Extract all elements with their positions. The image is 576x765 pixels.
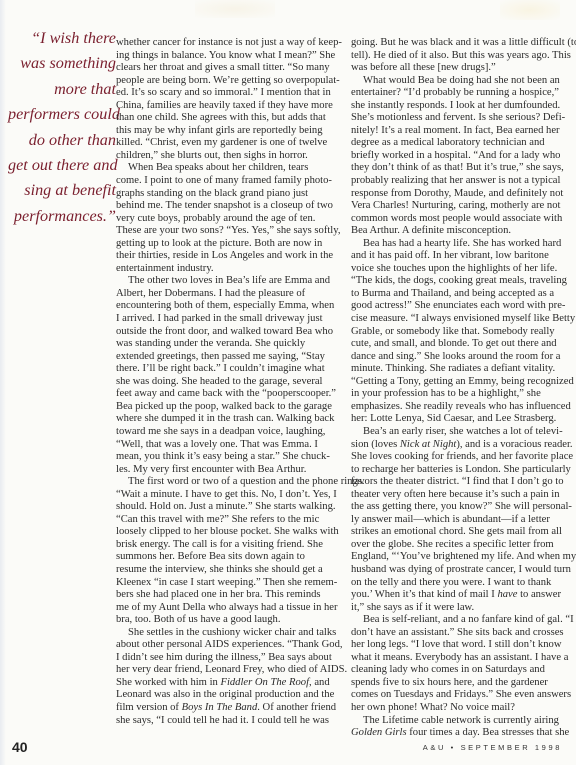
text-line: cleaning lady who comes in on Saturdays … (351, 664, 559, 677)
text-line: than one child. She agrees with this, bu… (116, 112, 306, 125)
text-line: in your profession has to be a highlight… (351, 388, 559, 401)
text-line: probably realizing that her answer is no… (351, 175, 559, 188)
text-line: voice she touches upon the highlights of… (351, 263, 559, 276)
pull-quote-line: get out there and (8, 153, 116, 178)
text-line: whether cancer for instance is not just … (116, 37, 306, 50)
text-line: These are your two sons? “Yes. Yes,” she… (116, 225, 306, 238)
article-column-2: going. But he was black and it was a lit… (351, 37, 559, 740)
text-line: Albert, her Dobermans. I had the pleasur… (116, 288, 306, 301)
pull-quote-line: performers could (8, 102, 116, 127)
pull-quote-line: performances.” (8, 204, 116, 229)
pull-quote-line: “I wish there (8, 26, 116, 51)
text-line: sion (loves Nick at Night), and is a vor… (351, 439, 559, 452)
text-line: favors the theater district. “I find tha… (351, 476, 559, 489)
text-line: Golden Girls four times a day. Bea stres… (351, 727, 559, 740)
text-line: Bea Arthur. A definite misconception. (351, 225, 559, 238)
text-line: “Getting a Tony, getting an Emmy, being … (351, 376, 559, 389)
pull-quote-line: was something (8, 51, 116, 76)
text-line: graphs standing on the black grand piano… (116, 188, 306, 201)
text-line: “The kids, the dogs, cooking great meals… (351, 275, 559, 288)
text-line: on the telly and there you were. I want … (351, 577, 559, 590)
text-line: feet away and came back with the “pooper… (116, 388, 306, 401)
text-line: ly answer mail—which is abundant—if a le… (351, 514, 559, 527)
text-line: husband was dying of prostrate cancer, I… (351, 564, 559, 577)
text-line: The Lifetime cable network is currently … (351, 715, 559, 728)
text-line: China, families are heavily taxed if the… (116, 100, 306, 113)
text-line: come. I point to one of many framed fami… (116, 175, 306, 188)
pull-quote-line: more that (8, 77, 116, 102)
text-line: Bea is self-reliant, and a no fanfare ki… (351, 614, 559, 627)
text-line: her own phone! What? No voice mail? (351, 702, 559, 715)
text-line: degree as a medical laboratory technicia… (351, 137, 559, 150)
text-line: England, “‘You’ve brightened my life. An… (351, 551, 559, 564)
text-line: she says, “I could tell he had it. I cou… (116, 715, 306, 728)
text-line: “Can this travel with me?” She refers to… (116, 514, 306, 527)
page-number: 40 (12, 739, 28, 755)
text-line: Leonard was also in the original product… (116, 689, 306, 702)
text-line: should. Hold on. Just a minute.” She sta… (116, 501, 306, 514)
text-line: killed. “Christ, even my gardener is one… (116, 137, 306, 150)
text-line: you.’ When it’s that kind of mail I have… (351, 589, 559, 602)
text-line: and it has paid off. In her vibrant, low… (351, 250, 559, 263)
text-line: entertainer? “I’d probably be running a … (351, 87, 559, 100)
text-line: entertainment industry. (116, 263, 306, 276)
text-line: response from Dorothy, Maude, and defini… (351, 188, 559, 201)
text-line: behind me. The tender snapshot is a clos… (116, 200, 306, 213)
text-line: common words most people would associate… (351, 213, 559, 226)
article-column-1: whether cancer for instance is not just … (116, 37, 306, 727)
text-line: Vera Charles! Nurturing, caring, motherl… (351, 200, 559, 213)
text-line: When Bea speaks about her children, tear… (116, 162, 306, 175)
text-line: toward me she says in a deadpan voice, l… (116, 426, 306, 439)
pull-quote: “I wish therewas somethingmore thatperfo… (8, 26, 116, 229)
text-line: spends five to six hours here, and the g… (351, 677, 559, 690)
text-line: Bea picked up the poop, walked back to t… (116, 401, 306, 414)
text-line: She loves cooking for friends, and her f… (351, 451, 559, 464)
text-line: they don’t think of as that! But it’s tr… (351, 162, 559, 175)
text-line: cise measure. “I always envisioned mysel… (351, 313, 559, 326)
text-line: theater very often here because it’s suc… (351, 489, 559, 502)
text-line: resume the interview, she thinks she sho… (116, 564, 306, 577)
text-line: extended greetings, then passed me sayin… (116, 351, 306, 364)
text-line: I arrived. I had parked in the small dri… (116, 313, 306, 326)
text-line: bers she had placed one in her bra. This… (116, 589, 306, 602)
bleed-through-mark (195, 0, 275, 18)
text-line: it,” she says as if it were law. (351, 602, 559, 615)
text-line: the ass getting there, you know?” She wi… (351, 501, 559, 514)
text-line: nitely! It’s a real moment. In fact, Bea… (351, 125, 559, 138)
text-line: don’t have an assistant.” She sits back … (351, 627, 559, 640)
text-line: to Burma and Thailand, and being accepte… (351, 288, 559, 301)
text-line: this may be why infant girls are reporte… (116, 125, 306, 138)
text-line: les. My very first encounter with Bea Ar… (116, 464, 306, 477)
text-line: summons her. Before Bea sits down again … (116, 551, 306, 564)
text-line: She settles in the cushiony wicker chair… (116, 627, 306, 640)
text-line: Bea has had a hearty life. She has worke… (351, 238, 559, 251)
text-line: where she dumped it in the trash can. Wa… (116, 413, 306, 426)
text-line: Kleenex “in case I start weeping.” Then … (116, 577, 306, 590)
text-line: bra, too. Both of us have a good laugh. (116, 614, 306, 627)
text-line: minute. Thinking. She radiates a defiant… (351, 363, 559, 376)
text-line: was before all these [new drugs].” (351, 62, 559, 75)
text-line: over the globe. She recites a specific l… (351, 539, 559, 552)
bleed-through-mark (500, 0, 560, 20)
text-line: encountering both of them, especially Em… (116, 300, 306, 313)
text-line: Grable, or somebody like that. Somebody … (351, 326, 559, 339)
text-line: what it means. Everybody has an assistan… (351, 652, 559, 665)
text-line: tell). He died of it also. But this was … (351, 50, 559, 63)
text-line: film version of Boys In The Band. Of ano… (116, 702, 306, 715)
text-line: strikes an emotional chord. She gets mai… (351, 526, 559, 539)
text-line: dance and sing.” She looks around the ro… (351, 351, 559, 364)
text-line: there. I’ll be right back.” I couldn’t i… (116, 363, 306, 376)
text-line: brisk energy. The call is for a visiting… (116, 539, 306, 552)
text-line: cute, and small, and blonde. To get out … (351, 338, 559, 351)
text-line: comes on Tuesdays and Fridays.” She even… (351, 689, 559, 702)
page-edge-shadow (0, 0, 6, 765)
text-line: What would Bea be doing had she not been… (351, 75, 559, 88)
text-line: ing things in balance. You know what I m… (116, 50, 306, 63)
text-line: me of my Aunt Della who always had a tis… (116, 602, 306, 615)
text-line: to recharge her batteries is London. She… (351, 464, 559, 477)
text-line: good actress!” She enunciates each word … (351, 300, 559, 313)
text-line: was standing under the veranda. She quic… (116, 338, 306, 351)
text-line: briefly worked in a hospital. “And for a… (351, 150, 559, 163)
text-line: She’s motionless and fervent. Is she ser… (351, 112, 559, 125)
text-line: children,” she blurts out, then sighs in… (116, 150, 306, 163)
text-line: The other two loves in Bea’s life are Em… (116, 275, 306, 288)
pull-quote-line: do other than (8, 128, 116, 153)
text-line: clears her throat and gives a small titt… (116, 62, 306, 75)
text-line: getting up to look at the picture. Both … (116, 238, 306, 251)
text-line: she instantly responds. I look at her du… (351, 100, 559, 113)
text-line: going. But he was black and it was a lit… (351, 37, 559, 50)
text-line: their thirties, reside in Los Angeles an… (116, 250, 306, 263)
pull-quote-line: sing at benefit (8, 178, 116, 203)
text-line: “Wait a minute. I have to get this. No, … (116, 489, 306, 502)
text-line: emphasizes. She readily reveals who has … (351, 401, 559, 414)
text-line: The first word or two of a question and … (116, 476, 306, 489)
text-line: people are being born. We’re getting so … (116, 75, 306, 88)
text-line: loosely clipped to her blouse pocket. Sh… (116, 526, 306, 539)
text-line: Bea’s an early riser, she watches a lot … (351, 426, 559, 439)
text-line: her long legs. “I love that word. I stil… (351, 639, 559, 652)
text-line: She worked with him in Fiddler On The Ro… (116, 677, 306, 690)
magazine-masthead-date: A&U • SEPTEMBER 1998 (423, 743, 562, 752)
text-line: ed. It’s so scary and so immoral.” I men… (116, 87, 306, 100)
text-line: outside the front door, and walked towar… (116, 326, 306, 339)
text-line: mean, you think it’s easy being a star.”… (116, 451, 306, 464)
text-line: she was doing. She headed to the garage,… (116, 376, 306, 389)
text-line: about other personal AIDS experiences. “… (116, 639, 306, 652)
text-line: her very dear friend, Leonard Frey, who … (116, 664, 306, 677)
text-line: very cute boys, probably around the age … (116, 213, 306, 226)
text-line: her: Lotte Lenya, Sid Caesar, and Lee St… (351, 413, 559, 426)
text-line: I didn’t see him during the illness,” Be… (116, 652, 306, 665)
text-line: “Well, that was a lovely one. That was E… (116, 439, 306, 452)
